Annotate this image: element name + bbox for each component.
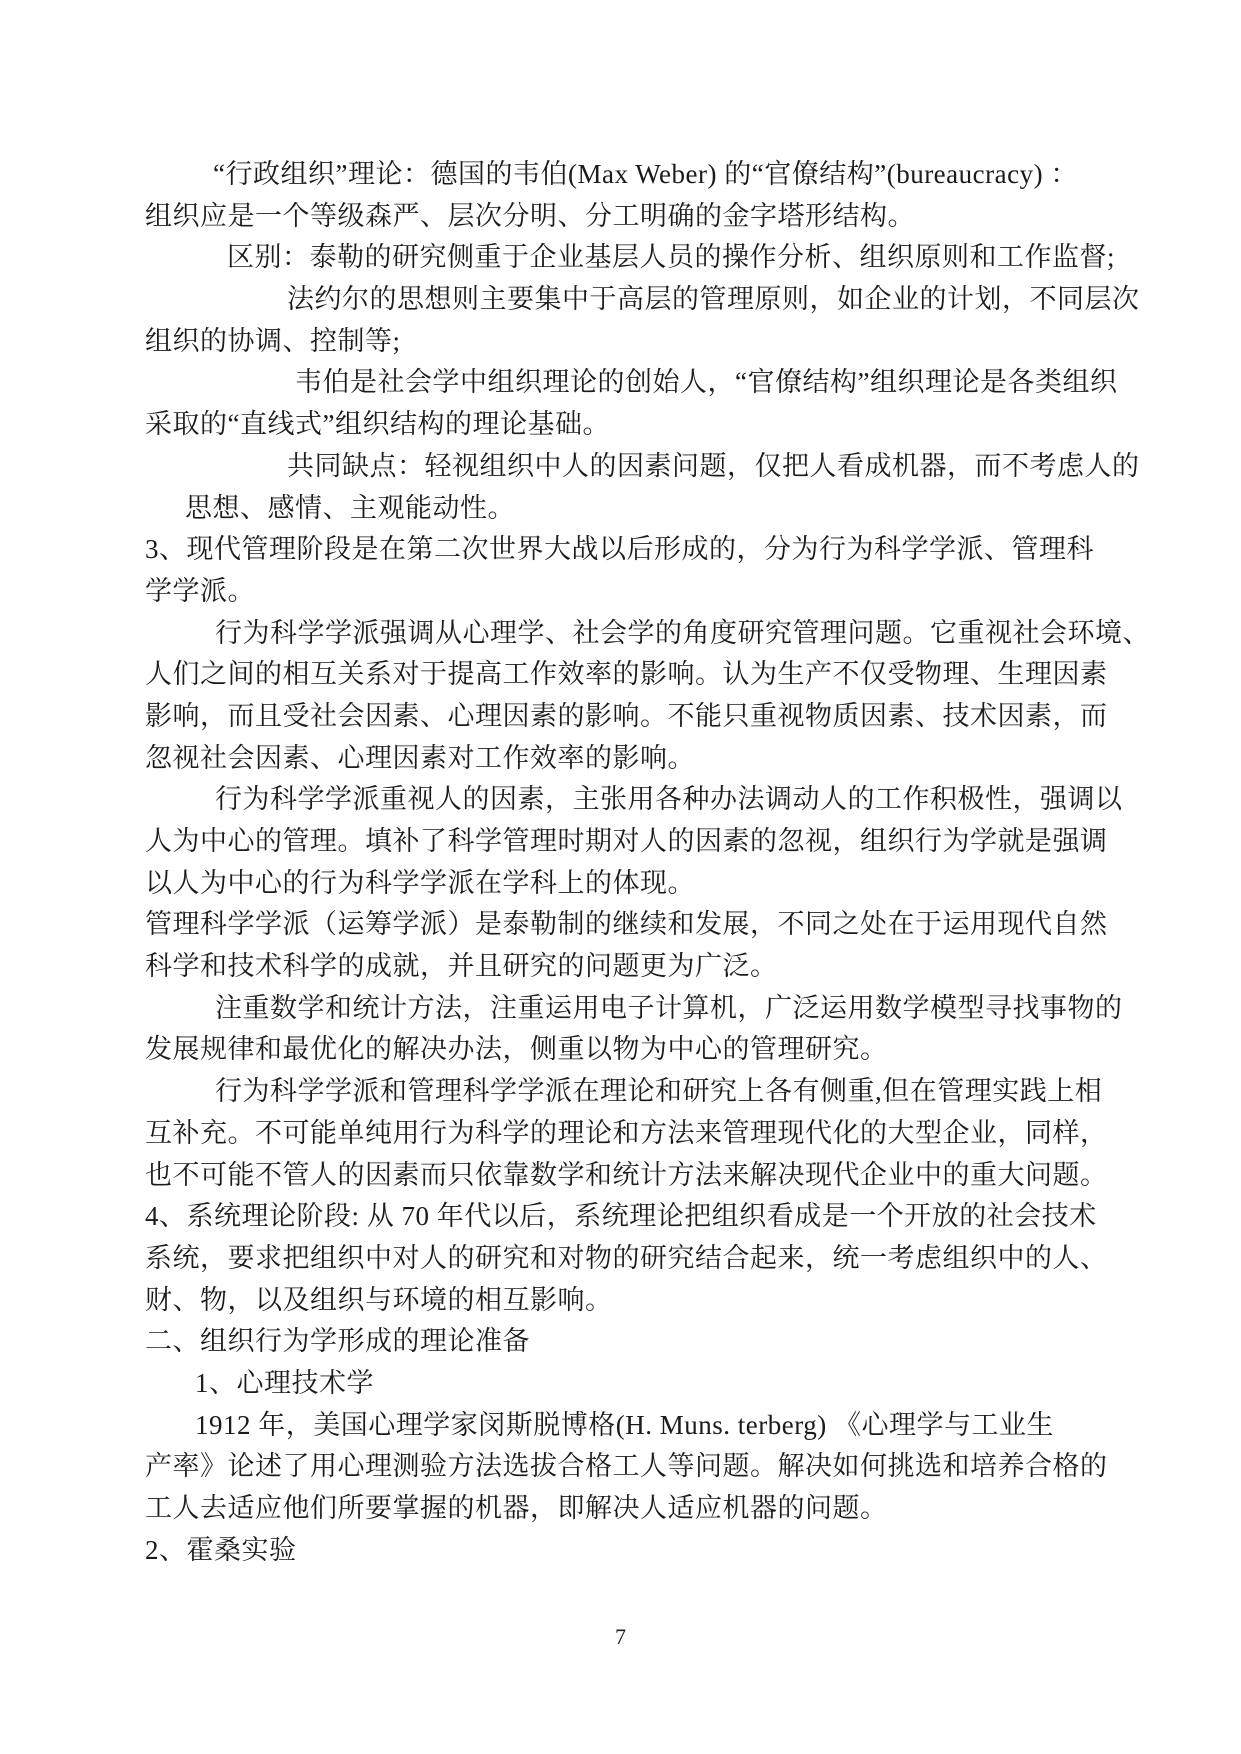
text-line: 1912 年，美国心理学家闵斯脱博格(H. Muns. terberg) 《心理… (145, 1405, 1135, 1447)
text-line: 也不可能不管人的因素而只依靠数学和统计方法来解决现代企业中的重大问题。 (145, 1155, 1135, 1197)
text-line: 思想、感情、主观能动性。 (145, 488, 1135, 530)
text-line: 以人为中心的行为科学学派在学科上的体现。 (145, 863, 1135, 905)
text-line: 法约尔的思想则主要集中于高层的管理原则，如企业的计划，不同层次 (145, 279, 1135, 321)
text-line: 互补充。不可能单纯用行为科学的理论和方法来管理现代化的大型企业，同样， (145, 1113, 1135, 1155)
text-line: 1、心理技术学 (145, 1363, 1135, 1405)
text-line: 共同缺点：轻视组织中人的因素问题，仅把人看成机器，而不考虑人的 (145, 446, 1135, 488)
page-number: 7 (0, 1622, 1241, 1652)
text-line: 行为科学学派强调从心理学、社会学的角度研究管理问题。它重视社会环境、 (145, 613, 1135, 655)
text-line: 韦伯是社会学中组织理论的创始人，“官僚结构”组织理论是各类组织 (145, 362, 1135, 404)
text-line: “行政组织”理论：德国的韦伯(Max Weber) 的“官僚结构”(bureau… (145, 154, 1135, 196)
text-line: 工人去适应他们所要掌握的机器，即解决人适应机器的问题。 (145, 1488, 1135, 1530)
text-line: 科学和技术科学的成就，并且研究的问题更为广泛。 (145, 946, 1135, 988)
text-line: 忽视社会因素、心理因素对工作效率的影响。 (145, 738, 1135, 780)
text-line: 二、组织行为学形成的理论准备 (145, 1321, 1135, 1363)
text-line: 2、霍桑实验 (145, 1530, 1135, 1572)
text-line: 人为中心的管理。填补了科学管理时期对人的因素的忽视，组织行为学就是强调 (145, 821, 1135, 863)
text-line: 影响，而且受社会因素、心理因素的影响。不能只重视物质因素、技术因素，而 (145, 696, 1135, 738)
text-line: 人们之间的相互关系对于提高工作效率的影响。认为生产不仅受物理、生理因素 (145, 654, 1135, 696)
text-line: 系统，要求把组织中对人的研究和对物的研究结合起来，统一考虑组织中的人、 (145, 1238, 1135, 1280)
text-line: 管理科学学派（运筹学派）是泰勒制的继续和发展，不同之处在于运用现代自然 (145, 904, 1135, 946)
text-line: 组织的协调、控制等; (145, 321, 1135, 363)
text-line: 采取的“直线式”组织结构的理论基础。 (145, 404, 1135, 446)
text-line: 区别：泰勒的研究侧重于企业基层人员的操作分析、组织原则和工作监督; (145, 237, 1135, 279)
text-line: 3、现代管理阶段是在第二次世界大战以后形成的，分为行为科学学派、管理科 (145, 529, 1135, 571)
text-line: 发展规律和最优化的解决办法，侧重以物为中心的管理研究。 (145, 1029, 1135, 1071)
text-line: 组织应是一个等级森严、层次分明、分工明确的金字塔形结构。 (145, 196, 1135, 238)
document-page: “行政组织”理论：德国的韦伯(Max Weber) 的“官僚结构”(bureau… (0, 0, 1241, 1754)
text-line: 行为科学学派重视人的因素，主张用各种办法调动人的工作积极性，强调以 (145, 779, 1135, 821)
text-line: 财、物，以及组织与环境的相互影响。 (145, 1280, 1135, 1322)
text-line: 产率》论述了用心理测验方法选拔合格工人等问题。解决如何挑选和培养合格的 (145, 1446, 1135, 1488)
text-line: 注重数学和统计方法，注重运用电子计算机，广泛运用数学模型寻找事物的 (145, 988, 1135, 1030)
text-line: 行为科学学派和管理科学学派在理论和研究上各有侧重,但在管理实践上相 (145, 1071, 1135, 1113)
text-line: 学学派。 (145, 571, 1135, 613)
text-line: 4、系统理论阶段: 从 70 年代以后，系统理论把组织看成是一个开放的社会技术 (145, 1196, 1135, 1238)
text-block: “行政组织”理论：德国的韦伯(Max Weber) 的“官僚结构”(bureau… (145, 154, 1135, 1571)
